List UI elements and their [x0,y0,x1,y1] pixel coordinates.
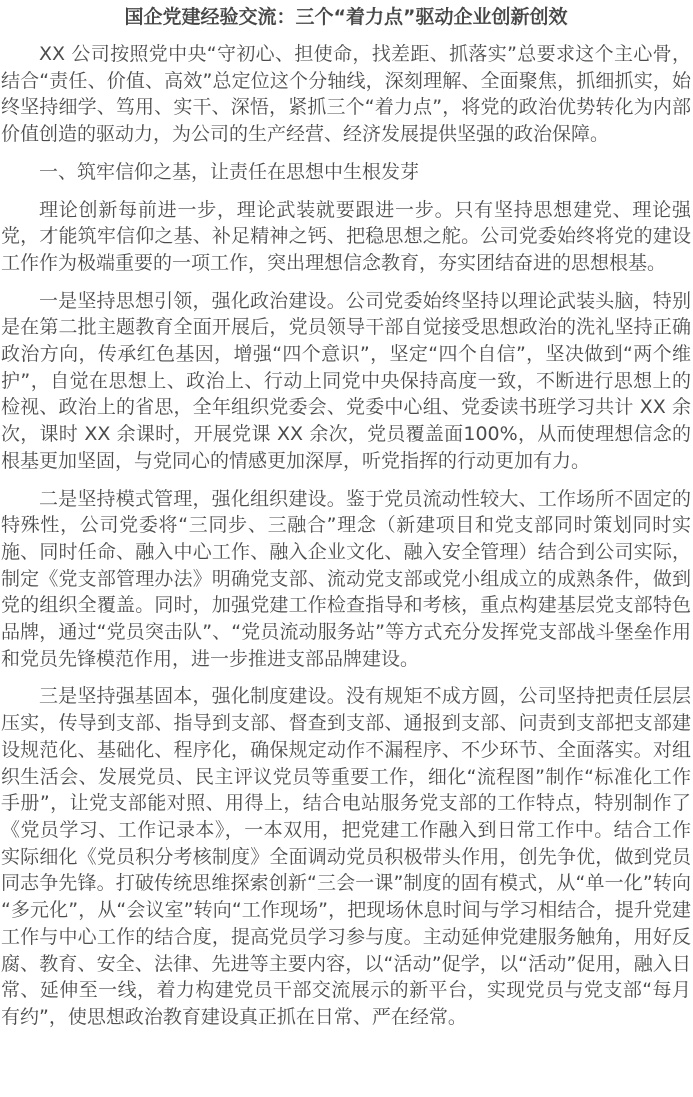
paragraph: 理论创新每前进一步，理论武装就要跟进一步。只有坚持思想建党、理论强党，才能筑牢信… [1,197,691,277]
paragraph: 三是坚持强基固本，强化制度建设。没有规矩不成方圆，公司坚持把责任层层压实，传导到… [1,683,691,1030]
document-page: 国企党建经验交流：三个“着力点”驱动企业创新创效 XX 公司按照党中央“守初心、… [0,0,693,1097]
paragraph: XX 公司按照党中央“守初心、担使命，找差距、抓落实”总要求这个主心骨，结合“责… [1,41,691,148]
paragraph: 二是坚持模式管理，强化组织建设。鉴于党员流动性较大、工作场所不固定的特殊性，公司… [1,486,691,673]
document-body: XX 公司按照党中央“守初心、担使命，找差距、抓落实”总要求这个主心骨，结合“责… [1,41,691,1031]
section-heading: 一、筑牢信仰之基，让责任在思想中生根发芽 [1,159,691,186]
paragraph: 一是坚持思想引领，强化政治建设。公司党委始终坚持以理论武装头脑，特别是在第二批主… [1,288,691,475]
document-title: 国企党建经验交流：三个“着力点”驱动企业创新创效 [1,4,691,31]
